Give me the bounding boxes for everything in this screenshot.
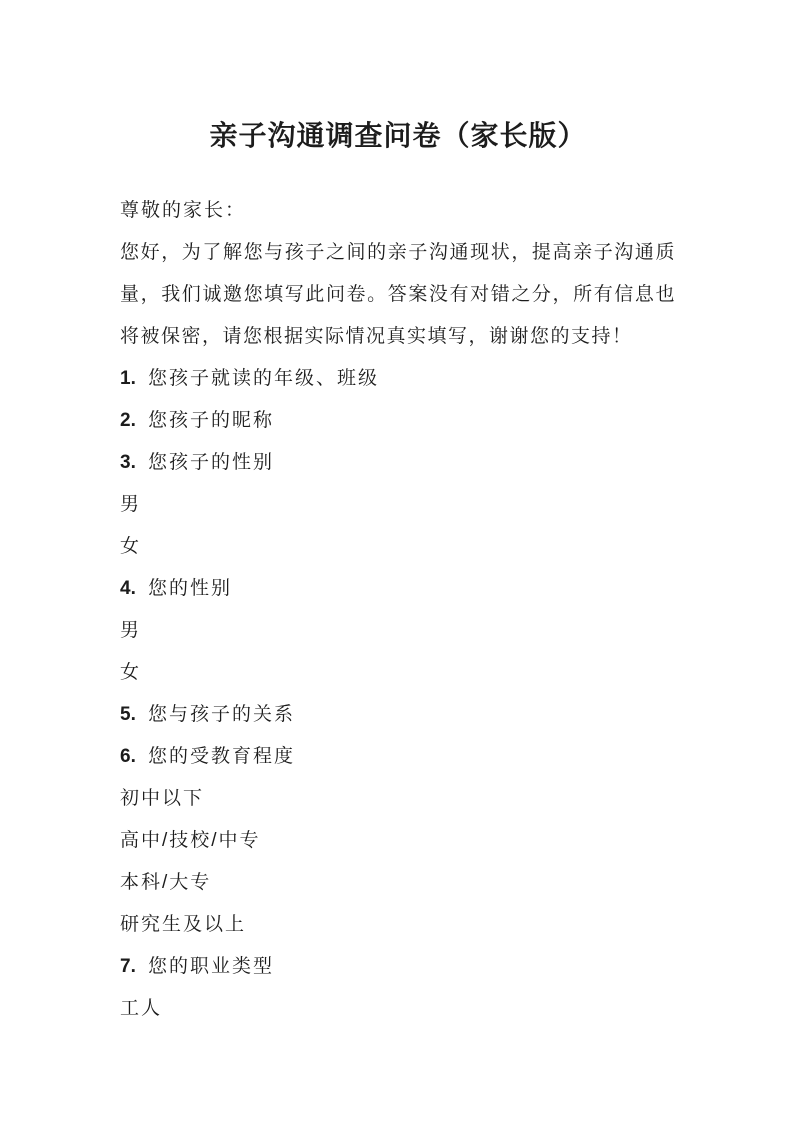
question-4: 4.您的性别 <box>120 568 676 610</box>
question-4-text: 您的性别 <box>148 578 232 599</box>
question-1-text: 您孩子就读的年级、班级 <box>148 368 379 389</box>
question-1-number: 1. <box>120 358 142 400</box>
question-5-number: 5. <box>120 694 142 736</box>
question-7-number: 7. <box>120 946 142 988</box>
question-7-text: 您的职业类型 <box>148 956 274 977</box>
question-2-text: 您孩子的昵称 <box>148 410 274 431</box>
question-3-option-female: 女 <box>120 526 676 568</box>
document-title: 亲子沟通调查问卷（家长版） <box>120 114 676 158</box>
question-6-option-3: 本科/大专 <box>120 862 676 904</box>
question-4-option-female: 女 <box>120 652 676 694</box>
question-7: 7.您的职业类型 <box>120 946 676 988</box>
question-5: 5.您与孩子的关系 <box>120 694 676 736</box>
question-6-text: 您的受教育程度 <box>148 746 295 767</box>
question-4-number: 4. <box>120 568 142 610</box>
document-body: 尊敬的家长： 您好，为了解您与孩子之间的亲子沟通现状，提高亲子沟通质量，我们诚邀… <box>120 190 676 1030</box>
salutation: 尊敬的家长： <box>120 190 676 232</box>
question-3-option-male: 男 <box>120 484 676 526</box>
question-6-option-2: 高中/技校/中专 <box>120 820 676 862</box>
question-1: 1.您孩子就读的年级、班级 <box>120 358 676 400</box>
question-2: 2.您孩子的昵称 <box>120 400 676 442</box>
intro-paragraph: 您好，为了解您与孩子之间的亲子沟通现状，提高亲子沟通质量，我们诚邀您填写此问卷。… <box>120 232 676 358</box>
question-3-number: 3. <box>120 442 142 484</box>
question-6-option-4: 研究生及以上 <box>120 904 676 946</box>
question-6-option-1: 初中以下 <box>120 778 676 820</box>
question-6: 6.您的受教育程度 <box>120 736 676 778</box>
question-6-number: 6. <box>120 736 142 778</box>
question-7-option-1: 工人 <box>120 988 676 1030</box>
question-3-text: 您孩子的性别 <box>148 452 274 473</box>
question-3: 3.您孩子的性别 <box>120 442 676 484</box>
question-4-option-male: 男 <box>120 610 676 652</box>
question-2-number: 2. <box>120 400 142 442</box>
document-page: 亲子沟通调查问卷（家长版） 尊敬的家长： 您好，为了解您与孩子之间的亲子沟通现状… <box>0 0 793 1122</box>
question-5-text: 您与孩子的关系 <box>148 704 295 725</box>
